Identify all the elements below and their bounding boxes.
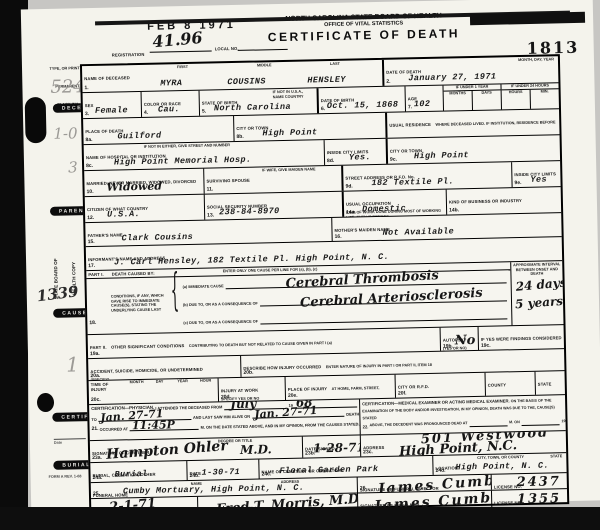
punch-hole-bottom [37,393,54,412]
field-state-of-birth: STATE OF BIRTH IF NOT IN U.S.A., NAME CO… [199,88,317,115]
cause-line-b: (b) DUE TO, OR AS A CONSEQUENCE OF Cereb… [183,296,509,308]
local-no-label: LOCAL NO. [215,46,239,52]
date-signed-value: 1-28-71 [313,440,360,455]
certification-physician: CERTIFICATION—PHYSICIAN. I ATTENDED THE … [89,399,360,440]
margin-rule [54,438,86,440]
cause-part1: PART I. DEATH CAUSED BY: ENTER ONLY ONE … [86,262,511,334]
field-injury-county: COUNTY [485,372,535,396]
field-funeral-director-signature: SIGNATURE OF FUNERAL DIRECTOR 26. James … [357,475,491,493]
certification-medical-examiner: CERTIFICATION—MEDICAL EXAMINER OR ACTING… [359,395,566,434]
field-sex: SEX 3. Female [83,92,142,118]
field-citizenship: CITIZEN OF WHAT COUNTRY 12. U.S.A. [85,195,204,222]
form-code: FORM A REV. 1-68 [49,474,83,479]
field-death-inside-city-limits: INSIDE CITY LIMITS SPECIFY YES OR NO 8d.… [324,139,387,165]
attended-from: July [230,399,256,410]
registration-district-value: 41.96 [152,28,204,51]
field-industry: KIND OF BUSINESS OR INDUSTRY 14b. [446,187,561,214]
field-residence-city: CITY OR TOWN 9c. High Point [386,135,560,164]
date-of-death-value: January 27, 1971 [408,72,496,84]
margin-date-label: Date [54,441,62,446]
interval-column: APPROXIMATE INTERVAL BETWEEN ONSET AND D… [510,261,563,325]
certificate-body: NAME OF DECEASED FIRST MIDDLE LAST 1. MY… [80,54,569,514]
name-middle: COUSINS [227,76,266,87]
cause-b-line: Cerebral Arteriosclerosis [260,300,507,306]
field-mother-maiden-name: MOTHER'S MAIDEN NAME 16. Not Available [331,213,561,241]
residence-section: USUAL RESIDENCE WHERE DECEASED LIVED. IF… [385,109,559,138]
field-place-of-injury: PLACE OF INJURY AT HOME, FARM, STREET, F… [285,375,395,400]
field-findings: IF YES WERE FINDINGS CONSIDERED IN DETER… [478,325,564,350]
field-injury-state: STATE [534,371,564,395]
field-ssn: SOCIAL SECURITY NUMBER 13. 238-84-8970 [204,192,342,220]
margin-note-1339: 1339 [36,282,80,305]
margin-note-1-0: 1-0 [53,124,78,143]
field-burial: BURIAL, CREMATION, OTHER (SPECIFY) 24a. … [90,461,186,482]
field-time-of-injury: TIME OF INJURY MONTH DAY YEAR HOUR 20c. [89,378,218,404]
field-date-of-birth: DATE OF BIRTH 6. Oct. 15, 1868 [317,86,406,113]
field-burial-date: DATE 24b. 1-30-71 [186,460,258,481]
interval-b: 5 years [515,294,564,311]
row-cause-of-death: PART I. DEATH CAUSED BY: ENTER ONLY ONE … [86,260,563,334]
time-of-death: 11:45P [132,419,175,433]
field-accident-type: ACCIDENT, SUICIDE, HOMICIDE, OR UNDETERM… [88,356,240,380]
field-under-1-year: IF UNDER 1 YEAR MONTHS DAYS [442,84,501,110]
funeral-director-signature: James Cumby [377,475,491,493]
field-date-signed: DATE SIGNED 23b. 1-28-71 [302,435,360,457]
field-street-address: STREET ADDRESS OR R.F.D. No. 9d. 182 Tex… [341,162,511,191]
margin-note-1: 1 [66,352,79,376]
field-injury-city: CITY OR R.F.D. 20f. [395,373,485,398]
margin-note-3: 3 [68,158,78,176]
punch-hole-top [25,97,47,143]
conditions-note: CONDITIONS, IF ANY, WHICH GAVE RISE TO I… [111,293,169,313]
autopsy-value: No [455,333,476,348]
director-license-number: 2437 [516,474,560,489]
field-marital-status: MARRIED, NEVER MARRIED, WIDOWED, DIVORCE… [84,169,203,196]
field-death-city: CITY OR TOWN 8b. High Point [233,113,385,141]
embalmer-license-number: 1355 [517,491,561,507]
field-date-of-death: DATE OF DEATH MONTH, DAY, YEAR 2. Januar… [382,56,559,86]
field-director-license: LICENSE NO. 2437 [491,473,567,490]
last-alive: Jan. 27-71 [254,404,318,422]
field-residence-inside-city-limits: INSIDE CITY LIMITS SPECIFY YES OR NO 9e.… [511,161,561,187]
field-occupation: USUAL OCCUPATION KIND OF WORK DONE DURIN… [342,190,447,217]
field-cemetery: NAME OF CEMETERY OR CREMATORY 24c. Flora… [258,456,432,479]
district-line [150,50,212,52]
field-certifier-signature: SIGNATURE OF CERTIFIER DEGREE OR TITLE 2… [90,437,302,462]
local-no-line [238,49,288,51]
certifier-degree: M.D. [240,442,272,457]
field-age: AGE 7. 102 [404,86,443,112]
field-race: COLOR OR RACE 4. Cau. [141,91,200,117]
certificate-sheet: TYPE, OR PRINT IN PERMANENT BLACK INK FE… [21,0,600,512]
scan-bottom-edge [0,507,600,530]
brace: { [170,267,179,318]
field-under-24-hours: IF UNDER 24 HOURS HOURS MIN. [500,83,559,109]
cause-c-line [260,318,507,324]
field-embalmer-license: LICENSE NO. 1355 [491,489,567,508]
field-certifier-address: ADDRESS 23c. 501 Westwood High Point, N.… [360,431,566,456]
field-cemetery-location: LOCATION CITY, TOWN, OR COUNTY STATE 24d… [432,453,566,475]
certifier-signature: Hampton Ohler [106,438,229,462]
death-certificate-scan: TYPE, OR PRINT IN PERMANENT BLACK INK FE… [0,0,600,530]
name-last: HENSLEY [307,75,346,86]
field-hospital: NAME OF HOSPITAL OR INSTITUTION IF NOT I… [84,140,324,170]
field-death-county: PLACE OF DEATH COUNTY 8a. Guilford [83,116,233,144]
name-first: MYRA [160,78,182,88]
field-surviving-spouse: SURVIVING SPOUSE IF WIFE, GIVE MAIDEN NA… [203,166,341,194]
cause-line-c: (c) DUE TO, OR AS A CONSEQUENCE OF [183,314,509,326]
field-injury-at-work: INJURY AT WORK SPECIFY YES OR NO 20d. [218,377,285,401]
field-autopsy: AUTOPSY? (YES OR NO) 19b. No [440,327,478,351]
